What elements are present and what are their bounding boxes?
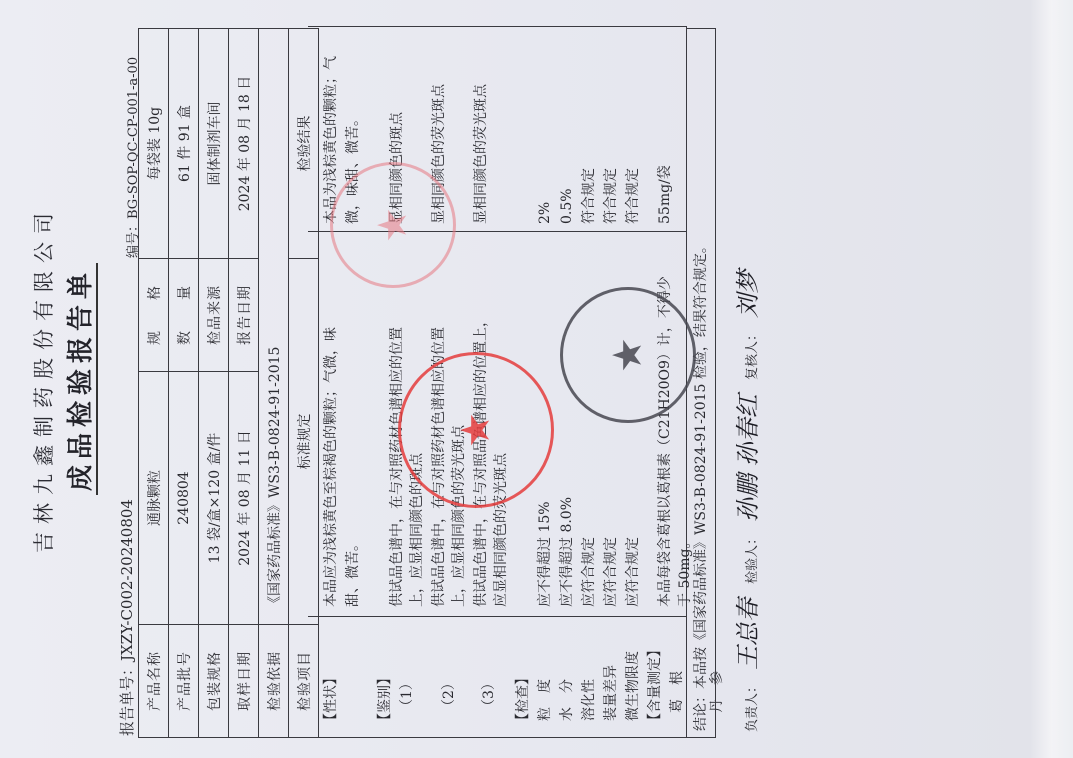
- value-quantity: 61 件 91 盒: [169, 29, 199, 259]
- result-solubility: 符合规定: [580, 168, 598, 224]
- conclusion-text: 本品按《国家药品标准》WS3-B-0824-91-2015 检验，结果符合规定。: [693, 239, 709, 689]
- table-row: 取样日期 2024 年 08 月 11 日 报告日期 2024 年 08 月 1…: [229, 29, 259, 738]
- label-basis: 检验依据: [259, 625, 289, 738]
- label-product-name: 产品名称: [139, 625, 169, 738]
- item-assay-title: 【含量测定】: [646, 643, 664, 727]
- signature-line: 负责人：王总春 检验人：孙鹏 孙春红 复核人：刘梦: [728, 260, 763, 732]
- standard-character-line1: 本品应为浅棕黄色至棕褐色的颗粒；气微，味: [322, 327, 340, 607]
- qc-room-stamp: ★: [560, 287, 696, 423]
- item-granularity: 粒 度: [536, 679, 554, 721]
- standard-moisture: 应不得超过 8.0%: [558, 497, 576, 607]
- star-icon: ★: [608, 337, 648, 373]
- item-inspection-title: 【检查】: [514, 671, 532, 727]
- company-name: 吉林九鑫制药股份有限公司: [28, 0, 58, 758]
- value-basis: 《国家药品标准》WS3-B-0824-91-2015: [259, 29, 289, 625]
- value-batch-no: 240804: [169, 372, 199, 625]
- item-assay-pueraria: 葛 根: [668, 671, 686, 713]
- report-title: 成品检验报告单: [60, 0, 97, 758]
- table-row: 产品名称 通脉颗粒 规 格 每袋装 10g: [139, 29, 169, 738]
- result-microbial-limit: 符合规定: [624, 168, 642, 224]
- label-quantity: 数 量: [169, 259, 199, 372]
- result-identification-3: 显相同颜色的荧光斑点: [472, 84, 490, 224]
- items-column: 【性状】 【鉴别】 （1） （2） （3） 【检查】 粒 度 水 分 溶化性 装…: [308, 616, 686, 737]
- item-identification-title: 【鉴别】: [376, 671, 394, 727]
- item-fill-variation: 装量差异: [602, 665, 620, 721]
- item-identification-1: （1）: [398, 676, 416, 713]
- label-spec: 规 格: [139, 259, 169, 372]
- reviewer-label: 复核人：: [745, 328, 760, 380]
- value-sampling-date: 2024 年 08 月 11 日: [229, 372, 259, 625]
- standard-granularity: 应不得超过 15%: [536, 501, 554, 607]
- label-package: 包装规格: [199, 625, 229, 738]
- report-number-label: 报告单号：: [118, 661, 136, 736]
- quality-dept-stamp: ★: [398, 352, 554, 508]
- result-fill-variation: 符合规定: [602, 168, 620, 224]
- value-spec: 每袋装 10g: [139, 29, 169, 259]
- report-number: 报告单号：JXZY-C002-20240804: [116, 499, 137, 736]
- item-microbial-limit: 微生物限度: [624, 651, 642, 721]
- inspection-report-page: 吉林九鑫制药股份有限公司 成品检验报告单 报告单号：JXZY-C002-2024…: [0, 0, 1073, 758]
- table-row: 产品批号 240804 数 量 61 件 91 盒: [169, 29, 199, 738]
- value-package: 13 袋/盒×120 盒/件: [199, 372, 229, 625]
- report-title-text: 成品检验报告单: [66, 263, 98, 495]
- standard-fill-variation: 应符合规定: [602, 537, 620, 607]
- item-solubility: 溶化性: [580, 679, 598, 721]
- header-table: 产品名称 通脉颗粒 规 格 每袋装 10g 产品批号 240804 数 量 61…: [138, 28, 319, 738]
- item-moisture: 水 分: [558, 679, 576, 721]
- inspector-label: 检验人：: [745, 532, 760, 584]
- conclusion: 结论：本品按《国家药品标准》WS3-B-0824-91-2015 检验，结果符合…: [686, 28, 716, 738]
- label-sampling-date: 取样日期: [229, 625, 259, 738]
- label-source: 检品来源: [199, 259, 229, 372]
- star-icon: ★: [456, 412, 496, 448]
- star-icon: ★: [373, 207, 413, 243]
- standard-solubility: 应符合规定: [580, 537, 598, 607]
- report-number-value: JXZY-C002-20240804: [118, 499, 136, 661]
- value-source: 固体制剂车间: [199, 29, 229, 259]
- conclusion-label: 结论：: [693, 689, 709, 731]
- item-identification-2: （2）: [440, 676, 458, 713]
- responsible-label: 负责人：: [745, 680, 760, 732]
- item-identification-3: （3）: [480, 676, 498, 713]
- result-moisture: 0.5%: [558, 188, 576, 224]
- reviewer-signature: 刘梦: [734, 270, 762, 318]
- value-product-name: 通脉颗粒: [139, 372, 169, 625]
- external-seal-stamp: ★: [330, 162, 456, 288]
- value-report-date: 2024 年 08 月 18 日: [229, 29, 259, 259]
- label-report-date: 报告日期: [229, 259, 259, 372]
- table-row: 包装规格 13 袋/盒×120 盒/件 检品来源 固体制剂车间: [199, 29, 229, 738]
- result-assay-pueraria: 55mg/袋: [656, 165, 674, 224]
- table-row: 检验依据 《国家药品标准》WS3-B-0824-91-2015: [259, 29, 289, 738]
- standard-character-line2: 甜、微苦。: [344, 537, 362, 607]
- standard-identification-1-line1: 供试品色谱中，在与对照药材色谱相应的位置: [388, 327, 406, 607]
- inspector-signature: 孙鹏 孙春红: [734, 394, 762, 522]
- result-granularity: 2%: [536, 202, 554, 224]
- label-batch-no: 产品批号: [169, 625, 199, 738]
- responsible-signature: 王总春: [734, 598, 762, 670]
- standard-microbial-limit: 应符合规定: [624, 537, 642, 607]
- item-character: 【性状】: [322, 671, 340, 727]
